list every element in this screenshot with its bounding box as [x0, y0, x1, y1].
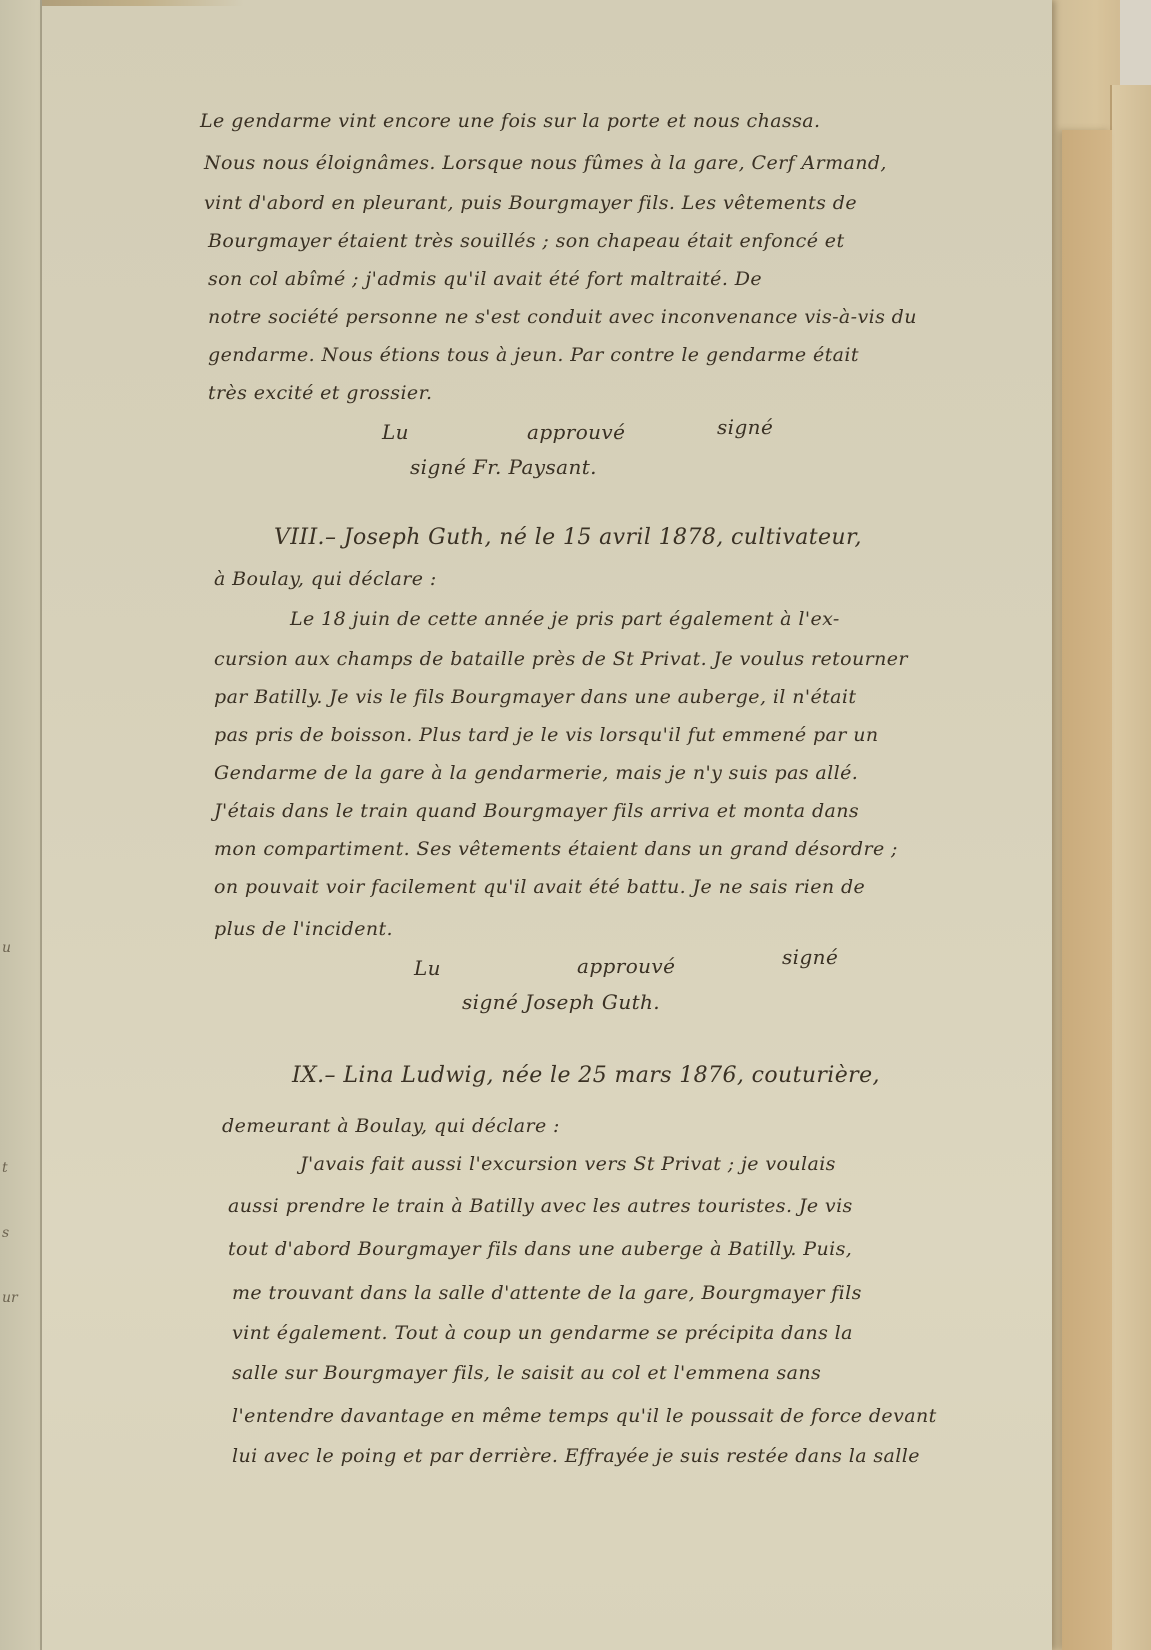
text-line: par Batilly. Je vis le fils Bourgmayer d… [214, 686, 856, 708]
text-line: Le gendarme vint encore une fois sur la … [200, 110, 820, 132]
text-line: aussi prendre le train à Batilly avec le… [228, 1195, 853, 1217]
text-line: très excité et grossier. [208, 382, 432, 404]
text-line: Bourgmayer étaient très souillés ; son c… [208, 230, 844, 252]
approval-lu: Lu [382, 420, 409, 444]
approval-lu: Lu [414, 956, 441, 980]
background [1120, 0, 1151, 85]
approval-signe: signé [717, 415, 773, 439]
text-line: pas pris de boisson. Plus tard je le vis… [214, 724, 878, 746]
section-heading: VIII.– Joseph Guth, né le 15 avril 1878,… [274, 525, 862, 550]
text-line: vint également. Tout à coup un gendarme … [232, 1322, 853, 1344]
text-line: plus de l'incident. [214, 918, 393, 940]
text-line: salle sur Bourgmayer fils, le saisit au … [232, 1362, 821, 1384]
text-line: tout d'abord Bourgmayer fils dans une au… [228, 1238, 852, 1260]
text-line: on pouvait voir facilement qu'il avait é… [214, 876, 865, 898]
back-page [1110, 85, 1151, 1650]
section-heading-cont: à Boulay, qui déclare : [214, 568, 437, 590]
manuscript-page: Le gendarme vint encore une fois sur la … [42, 0, 1052, 1650]
text-line: J'étais dans le train quand Bourgmayer f… [214, 800, 859, 822]
approval-approuve: approuvé [577, 954, 675, 978]
margin-fragment: s [2, 1225, 9, 1241]
signature: signé Joseph Guth. [462, 990, 660, 1014]
approval-approuve: approuvé [527, 420, 625, 444]
margin-fragment: t [2, 1160, 8, 1176]
document-photo: u t s ur Le gendarme vint encore une foi… [0, 0, 1151, 1650]
back-page-tab [1062, 130, 1112, 1650]
margin-fragment: ur [2, 1290, 18, 1306]
previous-page-edge: u t s ur [0, 0, 42, 1650]
text-line: l'entendre davantage en même temps qu'il… [232, 1405, 937, 1427]
text-line: vint d'abord en pleurant, puis Bourgmaye… [204, 192, 857, 214]
approval-signe: signé [782, 945, 838, 969]
text-line: cursion aux champs de bataille près de S… [214, 648, 908, 670]
text-line: J'avais fait aussi l'excursion vers St P… [300, 1153, 836, 1175]
text-line: mon compartiment. Ses vêtements étaient … [214, 838, 898, 860]
margin-fragment: u [2, 940, 11, 956]
text-line: Gendarme de la gare à la gendarmerie, ma… [214, 762, 858, 784]
text-line: Le 18 juin de cette année je pris part é… [290, 608, 840, 630]
section-heading-cont: demeurant à Boulay, qui déclare : [222, 1115, 560, 1137]
text-line: Nous nous éloignâmes. Lorsque nous fûmes… [204, 152, 887, 174]
text-line: son col abîmé ; j'admis qu'il avait été … [208, 268, 762, 290]
text-line: notre société personne ne s'est conduit … [208, 306, 917, 328]
signature: signé Fr. Paysant. [410, 455, 597, 479]
text-line: me trouvant dans la salle d'attente de l… [232, 1282, 862, 1304]
text-line: gendarme. Nous étions tous à jeun. Par c… [208, 344, 859, 366]
section-heading: IX.– Lina Ludwig, née le 25 mars 1876, c… [292, 1063, 880, 1088]
text-line: lui avec le poing et par derrière. Effra… [232, 1445, 920, 1467]
